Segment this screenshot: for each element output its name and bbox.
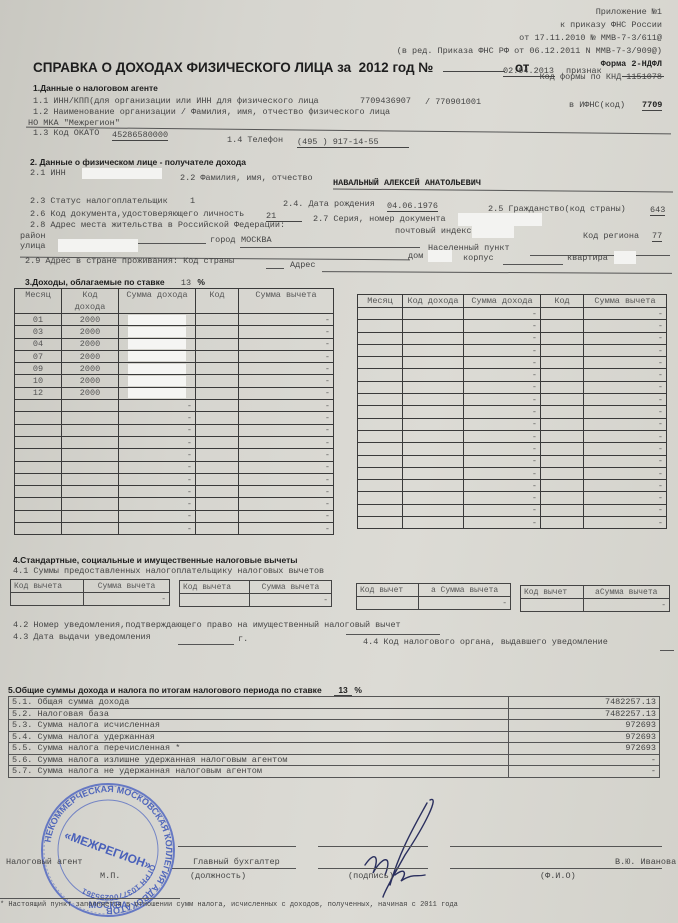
deduction-amount-cell: -: [584, 504, 667, 516]
ifns-code: 7709: [642, 100, 662, 111]
income-amount-cell: -: [119, 436, 196, 448]
month-cell: 12: [15, 387, 62, 399]
deduction-amount-cell: -: [239, 326, 334, 338]
deduction-code-cell: [196, 338, 239, 350]
month-cell: [358, 394, 403, 406]
deduction-amount-cell: -: [584, 344, 667, 356]
col-income-code: Код дохода: [403, 295, 464, 308]
month-cell: [15, 523, 62, 535]
deduction-code-cell: [541, 332, 584, 344]
section5-rate-unit: %: [354, 685, 362, 695]
totals-label: 5.2. Налоговая база: [9, 708, 509, 720]
deduction-amount-cell: -: [584, 467, 667, 479]
month-cell: [15, 400, 62, 412]
deduction-code-cell: [196, 326, 239, 338]
income-amount-cell: -: [119, 510, 196, 522]
month-cell: [15, 412, 62, 424]
income-code-cell: [403, 344, 464, 356]
deduction-amount-cell: -: [239, 375, 334, 387]
appendix-line: от 17.11.2010 № ММВ-7-3/611@: [397, 32, 662, 45]
income-table-right: Месяц Код дохода Сумма дохода Код Сумма …: [357, 294, 667, 529]
table-row: --: [15, 461, 334, 473]
totals-label: 5.4. Сумма налога удержанная: [9, 731, 509, 743]
income-amount-cell: -: [119, 523, 196, 535]
deduction-code-cell: [196, 461, 239, 473]
table-row: --: [358, 504, 667, 516]
month-cell: [358, 357, 403, 369]
deduction-amount-cell: -: [584, 455, 667, 467]
income-amount-cell: [119, 375, 196, 387]
recipient-inn-label: 2.1 ИНН: [30, 168, 66, 178]
house-label: дом: [408, 251, 423, 261]
month-cell: [358, 492, 403, 504]
deduction-code-cell: [196, 510, 239, 522]
deduction-code-cell: [541, 517, 584, 529]
totals-label: 5.3. Сумма налога исчисленная: [9, 720, 509, 732]
income-amount-cell: -: [119, 412, 196, 424]
totals-row: 5.3. Сумма налога исчисленная972693: [9, 720, 660, 732]
month-cell: [358, 430, 403, 442]
income-amount-cell: -: [464, 430, 541, 442]
totals-value: 972693: [509, 743, 660, 755]
ded-amount-header: Сумма вычета: [249, 581, 331, 594]
income-amount-cell: -: [464, 308, 541, 320]
region-label: Код региона: [583, 231, 639, 241]
income-code-cell: [62, 473, 119, 485]
organization-stamp: НЕКОММЕРЧЕСКАЯ МОСКОВСКАЯ КОЛЛЕГИЯ АДВОК…: [38, 780, 178, 920]
deduction-table-2: Код вычетаСумма вычета -: [179, 580, 332, 607]
deduction-amount-cell: -: [584, 418, 667, 430]
month-cell: [15, 486, 62, 498]
income-amount-cell: -: [464, 467, 541, 479]
deduction-code-cell: [541, 504, 584, 516]
income-code-cell: 2000: [62, 338, 119, 350]
totals-row: 5.2. Налоговая база7482257.13: [9, 708, 660, 720]
month-cell: [358, 344, 403, 356]
org-name-label: 1.2 Наименование организации / Фамилия, …: [33, 107, 390, 117]
table-row: 102000-: [15, 375, 334, 387]
totals-row: 5.6. Сумма налога излишне удержанная нал…: [9, 754, 660, 766]
month-cell: [15, 498, 62, 510]
table-row: 092000-: [15, 363, 334, 375]
income-code-cell: [403, 369, 464, 381]
sign-field[interactable]: [622, 64, 664, 77]
income-code-cell: [403, 308, 464, 320]
income-amount-cell: -: [119, 449, 196, 461]
ifns-label: в ИФНС(код): [569, 100, 625, 110]
totals-label: 5.5. Сумма налога перечисленная *: [9, 743, 509, 755]
ded-code-header: Код вычета: [11, 580, 84, 593]
amount-redacted: [128, 376, 186, 386]
deduction-code-cell: [541, 344, 584, 356]
income-amount-cell: -: [119, 461, 196, 473]
income-code-cell: [62, 510, 119, 522]
title-year: 2012: [359, 60, 389, 75]
deduction-code-cell: [541, 455, 584, 467]
table-row: --: [358, 344, 667, 356]
col-deduction-amount: Сумма вычета: [584, 295, 667, 308]
deduction-code-cell: [541, 381, 584, 393]
table-row: --: [358, 492, 667, 504]
totals-row: 5.1. Общая сумма дохода7482257.13: [9, 697, 660, 709]
income-code-cell: 2000: [62, 363, 119, 375]
flat-label: квартира: [567, 253, 608, 263]
deduction-code-cell: [196, 523, 239, 535]
table-row: --: [15, 436, 334, 448]
deduction-amount-cell: -: [584, 320, 667, 332]
signature-caption: (подпись): [348, 871, 394, 881]
totals-value: 7482257.13: [509, 697, 660, 709]
table-row: 122000-: [15, 387, 334, 399]
income-code-cell: [62, 449, 119, 461]
table-row: 012000-: [15, 314, 334, 326]
income-amount-cell: -: [464, 492, 541, 504]
col-month: Месяц: [358, 295, 403, 308]
table-row: --: [358, 418, 667, 430]
section4-sub: 4.1 Суммы предоставленных налогоплательщ…: [13, 566, 324, 576]
ded-code-header: Код вычет: [357, 584, 419, 597]
ded-amount-cell[interactable]: -: [419, 597, 511, 610]
totals-label: 5.7. Сумма налога не удержанная налоговы…: [9, 766, 509, 778]
income-code-cell: [62, 498, 119, 510]
income-table-left: Месяц Код дохода Сумма дохода Код Сумма …: [14, 288, 334, 535]
month-cell: [358, 443, 403, 455]
citizen-code: 643: [650, 205, 665, 216]
month-cell: 07: [15, 350, 62, 362]
month-cell: [358, 308, 403, 320]
position-caption: (должность): [190, 871, 246, 881]
okato-code: 45286580000: [112, 130, 168, 141]
income-code-cell: [403, 394, 464, 406]
deduction-amount-cell: -: [584, 480, 667, 492]
income-amount-cell: -: [464, 369, 541, 381]
income-code-cell: [62, 400, 119, 412]
section5-title: 5.Общие суммы дохода и налога по итогам …: [8, 685, 322, 695]
abroad-label: 2.9 Адрес в стране проживания: Код стран…: [25, 256, 234, 266]
income-code-cell: [403, 480, 464, 492]
income-code-cell: [403, 492, 464, 504]
status-value: 1: [190, 196, 195, 206]
month-cell: [358, 517, 403, 529]
income-code-cell: [62, 523, 119, 535]
month-cell: [358, 418, 403, 430]
income-amount-cell: [119, 326, 196, 338]
table-row: 042000-: [15, 338, 334, 350]
table-row: --: [15, 510, 334, 522]
ded-code-header: Код вычета: [180, 581, 250, 594]
birth-date: 04.06.1976: [387, 201, 438, 212]
table-row: --: [358, 381, 667, 393]
income-amount-cell: -: [119, 400, 196, 412]
month-cell: 09: [15, 363, 62, 375]
income-code-cell: [403, 332, 464, 344]
district-label: район: [20, 231, 46, 241]
deduction-amount-cell: -: [239, 473, 334, 485]
table-row: --: [15, 486, 334, 498]
income-amount-cell: [119, 387, 196, 399]
income-code-cell: [403, 418, 464, 430]
income-code-cell: [62, 436, 119, 448]
income-amount-cell: -: [464, 394, 541, 406]
deduction-amount-cell: -: [239, 510, 334, 522]
ded-amount-header: Сумма вычета: [84, 580, 170, 593]
deduction-code-cell: [541, 320, 584, 332]
deduction-code-cell: [541, 430, 584, 442]
deduction-code-cell: [196, 363, 239, 375]
deduction-code-cell: [541, 418, 584, 430]
table-row: --: [15, 473, 334, 485]
doc-date: 02.04.2013: [503, 66, 555, 77]
month-cell: [15, 510, 62, 522]
ded-code-cell[interactable]: [11, 593, 84, 606]
section2-heading: 2. Данные о физическом лице - получателе…: [30, 157, 246, 167]
postal-redacted: [472, 226, 514, 238]
deduction-code-cell: [196, 400, 239, 412]
flat-redacted: [614, 251, 636, 264]
deduction-amount-cell: -: [239, 314, 334, 326]
col-month: Месяц: [15, 289, 62, 314]
table-row: --: [358, 467, 667, 479]
month-cell: [358, 406, 403, 418]
okato-label: 1.3 Код ОКАТО: [33, 128, 99, 138]
income-code-cell: [403, 443, 464, 455]
doc-series-redacted: [458, 213, 542, 226]
fio-label: 2.2 Фамилия, имя, отчество: [180, 173, 313, 183]
deduction-amount-cell: -: [584, 369, 667, 381]
agent-label: Налоговый агент: [6, 857, 83, 867]
section3-title: 3.Доходы, облагаемые по ставке: [25, 277, 165, 287]
amount-redacted: [128, 364, 186, 374]
income-amount-cell: -: [464, 320, 541, 332]
city-value: МОСКВА: [241, 235, 272, 245]
col-income-amount: Сумма дохода: [464, 295, 541, 308]
table-row: --: [15, 523, 334, 535]
income-amount-cell: -: [464, 418, 541, 430]
month-cell: [358, 467, 403, 479]
table-row: --: [358, 480, 667, 492]
income-code-cell: 2000: [62, 387, 119, 399]
deduction-code-cell: [196, 412, 239, 424]
section3-rate-unit: %: [197, 277, 205, 287]
deduction-code-cell: [196, 436, 239, 448]
deduction-code-cell: [541, 394, 584, 406]
deduction-amount-cell: -: [584, 492, 667, 504]
month-cell: [15, 436, 62, 448]
deduction-code-cell: [196, 314, 239, 326]
table-row: --: [358, 455, 667, 467]
title-year-suffix: год №: [392, 60, 433, 75]
income-amount-cell: -: [464, 480, 541, 492]
signature-scribble: [355, 795, 445, 900]
income-amount-cell: -: [464, 504, 541, 516]
month-cell: 04: [15, 338, 62, 350]
table-row: --: [358, 443, 667, 455]
amount-redacted: [128, 339, 186, 349]
month-cell: [358, 332, 403, 344]
ded-amount-cell[interactable]: -: [249, 594, 331, 607]
deduction-code-cell: [541, 357, 584, 369]
name-caption: (Ф.И.О): [540, 871, 576, 881]
section5-heading: 5.Общие суммы дохода и налога по итогам …: [8, 685, 362, 696]
table-row: --: [358, 320, 667, 332]
income-code-cell: [403, 467, 464, 479]
totals-value: 7482257.13: [509, 708, 660, 720]
totals-label: 5.1. Общая сумма дохода: [9, 697, 509, 709]
totals-row: 5.5. Сумма налога перечисленная *972693: [9, 743, 660, 755]
deduction-amount-cell: -: [239, 387, 334, 399]
income-amount-cell: -: [464, 455, 541, 467]
doc-number-field[interactable]: [443, 71, 505, 72]
deduction-amount-cell: -: [239, 461, 334, 473]
deduction-amount-cell: -: [239, 400, 334, 412]
deduction-code-cell: [196, 424, 239, 436]
col-deduction-code: Код: [541, 295, 584, 308]
street-redacted: [58, 239, 138, 252]
income-code-cell: 2000: [62, 326, 119, 338]
totals-row: 5.7. Сумма налога не удержанная налоговы…: [9, 766, 660, 778]
totals-value: 972693: [509, 731, 660, 743]
totals-value: -: [509, 754, 660, 766]
income-code-cell: [62, 412, 119, 424]
ded-amount-cell[interactable]: -: [583, 599, 669, 612]
deduction-code-cell: [541, 480, 584, 492]
deduction-amount-cell: -: [239, 350, 334, 362]
deduction-code-cell: [541, 369, 584, 381]
income-code-cell: 2000: [62, 375, 119, 387]
deduction-code-cell: [541, 406, 584, 418]
section1-heading: 1.Данные о налоговом агенте: [33, 83, 158, 93]
income-code-cell: [403, 320, 464, 332]
income-code-cell: [403, 430, 464, 442]
income-code-cell: 2000: [62, 314, 119, 326]
recipient-fio: НАВАЛЬНЫЙ АЛЕКСЕЙ АНАТОЛЬЕВИЧ: [333, 178, 481, 188]
notice-date-suffix: г.: [238, 634, 248, 644]
col-income-amount: Сумма дохода: [119, 289, 196, 314]
appendix-line: к приказу ФНС России: [397, 19, 662, 32]
table-row: --: [358, 430, 667, 442]
deduction-code-cell: [196, 375, 239, 387]
doc-code-label: 2.6 Код документа,удостоверяющего личнос…: [30, 209, 244, 219]
income-amount-cell: -: [119, 473, 196, 485]
deduction-amount-cell: -: [584, 381, 667, 393]
income-code-cell: [62, 486, 119, 498]
col-deduction-amount: Сумма вычета: [239, 289, 334, 314]
deduction-table-3: Код вычета Сумма вычета -: [356, 583, 511, 610]
deduction-amount-cell: -: [239, 449, 334, 461]
month-cell: 10: [15, 375, 62, 387]
income-amount-cell: [119, 350, 196, 362]
table-row: --: [358, 332, 667, 344]
deduction-amount-cell: -: [239, 412, 334, 424]
income-amount-cell: [119, 363, 196, 375]
income-amount-cell: -: [119, 424, 196, 436]
income-amount-cell: [119, 314, 196, 326]
deduction-code-cell: [541, 443, 584, 455]
street-label: улица: [20, 241, 46, 251]
month-cell: 03: [15, 326, 62, 338]
phone-label: 1.4 Телефон: [227, 135, 283, 145]
deduction-code-cell: [196, 486, 239, 498]
address-label: 2.8 Адрес места жительства в Российской …: [30, 220, 285, 230]
postal-label: почтовый индекс: [395, 226, 472, 236]
authority-label: 4.4 Код налогового органа, выдавшего уве…: [363, 637, 608, 647]
ded-code-cell[interactable]: [357, 597, 419, 610]
totals-row: 5.4. Сумма налога удержанная972693: [9, 731, 660, 743]
deduction-code-cell: [541, 492, 584, 504]
abroad-address-label: Адрес: [290, 260, 316, 270]
footnote: * Настоящий пункт заполняется в отношени…: [0, 901, 458, 909]
deduction-amount-cell: -: [239, 436, 334, 448]
month-cell: [15, 449, 62, 461]
month-cell: [358, 320, 403, 332]
amount-redacted: [128, 351, 186, 361]
income-code-cell: [403, 504, 464, 516]
income-amount-cell: -: [464, 344, 541, 356]
deduction-amount-cell: -: [584, 443, 667, 455]
signer-position: Главный бухгалтер: [193, 857, 280, 867]
page-title: СПРАВКА О ДОХОДАХ ФИЗИЧЕСКОГО ЛИЦА за 20…: [33, 60, 529, 75]
deduction-table-1: Код вычетаСумма вычета -: [10, 579, 170, 606]
deduction-amount-cell: -: [239, 363, 334, 375]
section5-rate: 13: [334, 685, 352, 696]
income-code-cell: [403, 406, 464, 418]
table-row: --: [15, 424, 334, 436]
deduction-amount-cell: -: [239, 498, 334, 510]
income-amount-cell: -: [464, 406, 541, 418]
month-cell: [15, 473, 62, 485]
income-code-cell: 2000: [62, 350, 119, 362]
table-row: 072000-: [15, 350, 334, 362]
ded-code-cell[interactable]: [180, 594, 250, 607]
birth-label: 2.4. Дата рождения: [283, 199, 375, 209]
section4-heading: 4.Стандартные, социальные и имущественны…: [13, 555, 298, 565]
deduction-amount-cell: -: [584, 406, 667, 418]
ded-amount-cell[interactable]: -: [84, 593, 170, 606]
table-row: --: [358, 369, 667, 381]
agent-kpp: / 770901001: [425, 97, 481, 107]
table-row: --: [358, 406, 667, 418]
income-amount-cell: -: [464, 357, 541, 369]
month-cell: 01: [15, 314, 62, 326]
month-cell: [15, 424, 62, 436]
table-row: --: [358, 394, 667, 406]
month-cell: [358, 504, 403, 516]
title-text: СПРАВКА О ДОХОДАХ ФИЗИЧЕСКОГО ЛИЦА за: [33, 60, 351, 75]
phone-value: (495 ) 917-14-55: [297, 137, 409, 148]
deduction-code-cell: [541, 467, 584, 479]
deduction-amount-cell: -: [584, 332, 667, 344]
ded-code-cell[interactable]: [521, 599, 584, 612]
month-cell: [358, 369, 403, 381]
amount-redacted: [128, 388, 186, 398]
table-row: --: [15, 449, 334, 461]
table-row: --: [358, 357, 667, 369]
income-amount-cell: -: [119, 486, 196, 498]
deduction-amount-cell: -: [584, 308, 667, 320]
deduction-code-cell: [196, 449, 239, 461]
income-code-cell: [62, 461, 119, 473]
totals-value: -: [509, 766, 660, 778]
income-code-cell: [62, 424, 119, 436]
deduction-amount-cell: -: [584, 430, 667, 442]
deduction-amount-cell: -: [239, 486, 334, 498]
table-row: --: [358, 308, 667, 320]
income-code-cell: [403, 381, 464, 393]
mp-label: М.П.: [100, 871, 120, 881]
agent-inn: 7709436907: [360, 96, 411, 106]
table-row: --: [15, 498, 334, 510]
sign-label: признак: [566, 66, 602, 76]
